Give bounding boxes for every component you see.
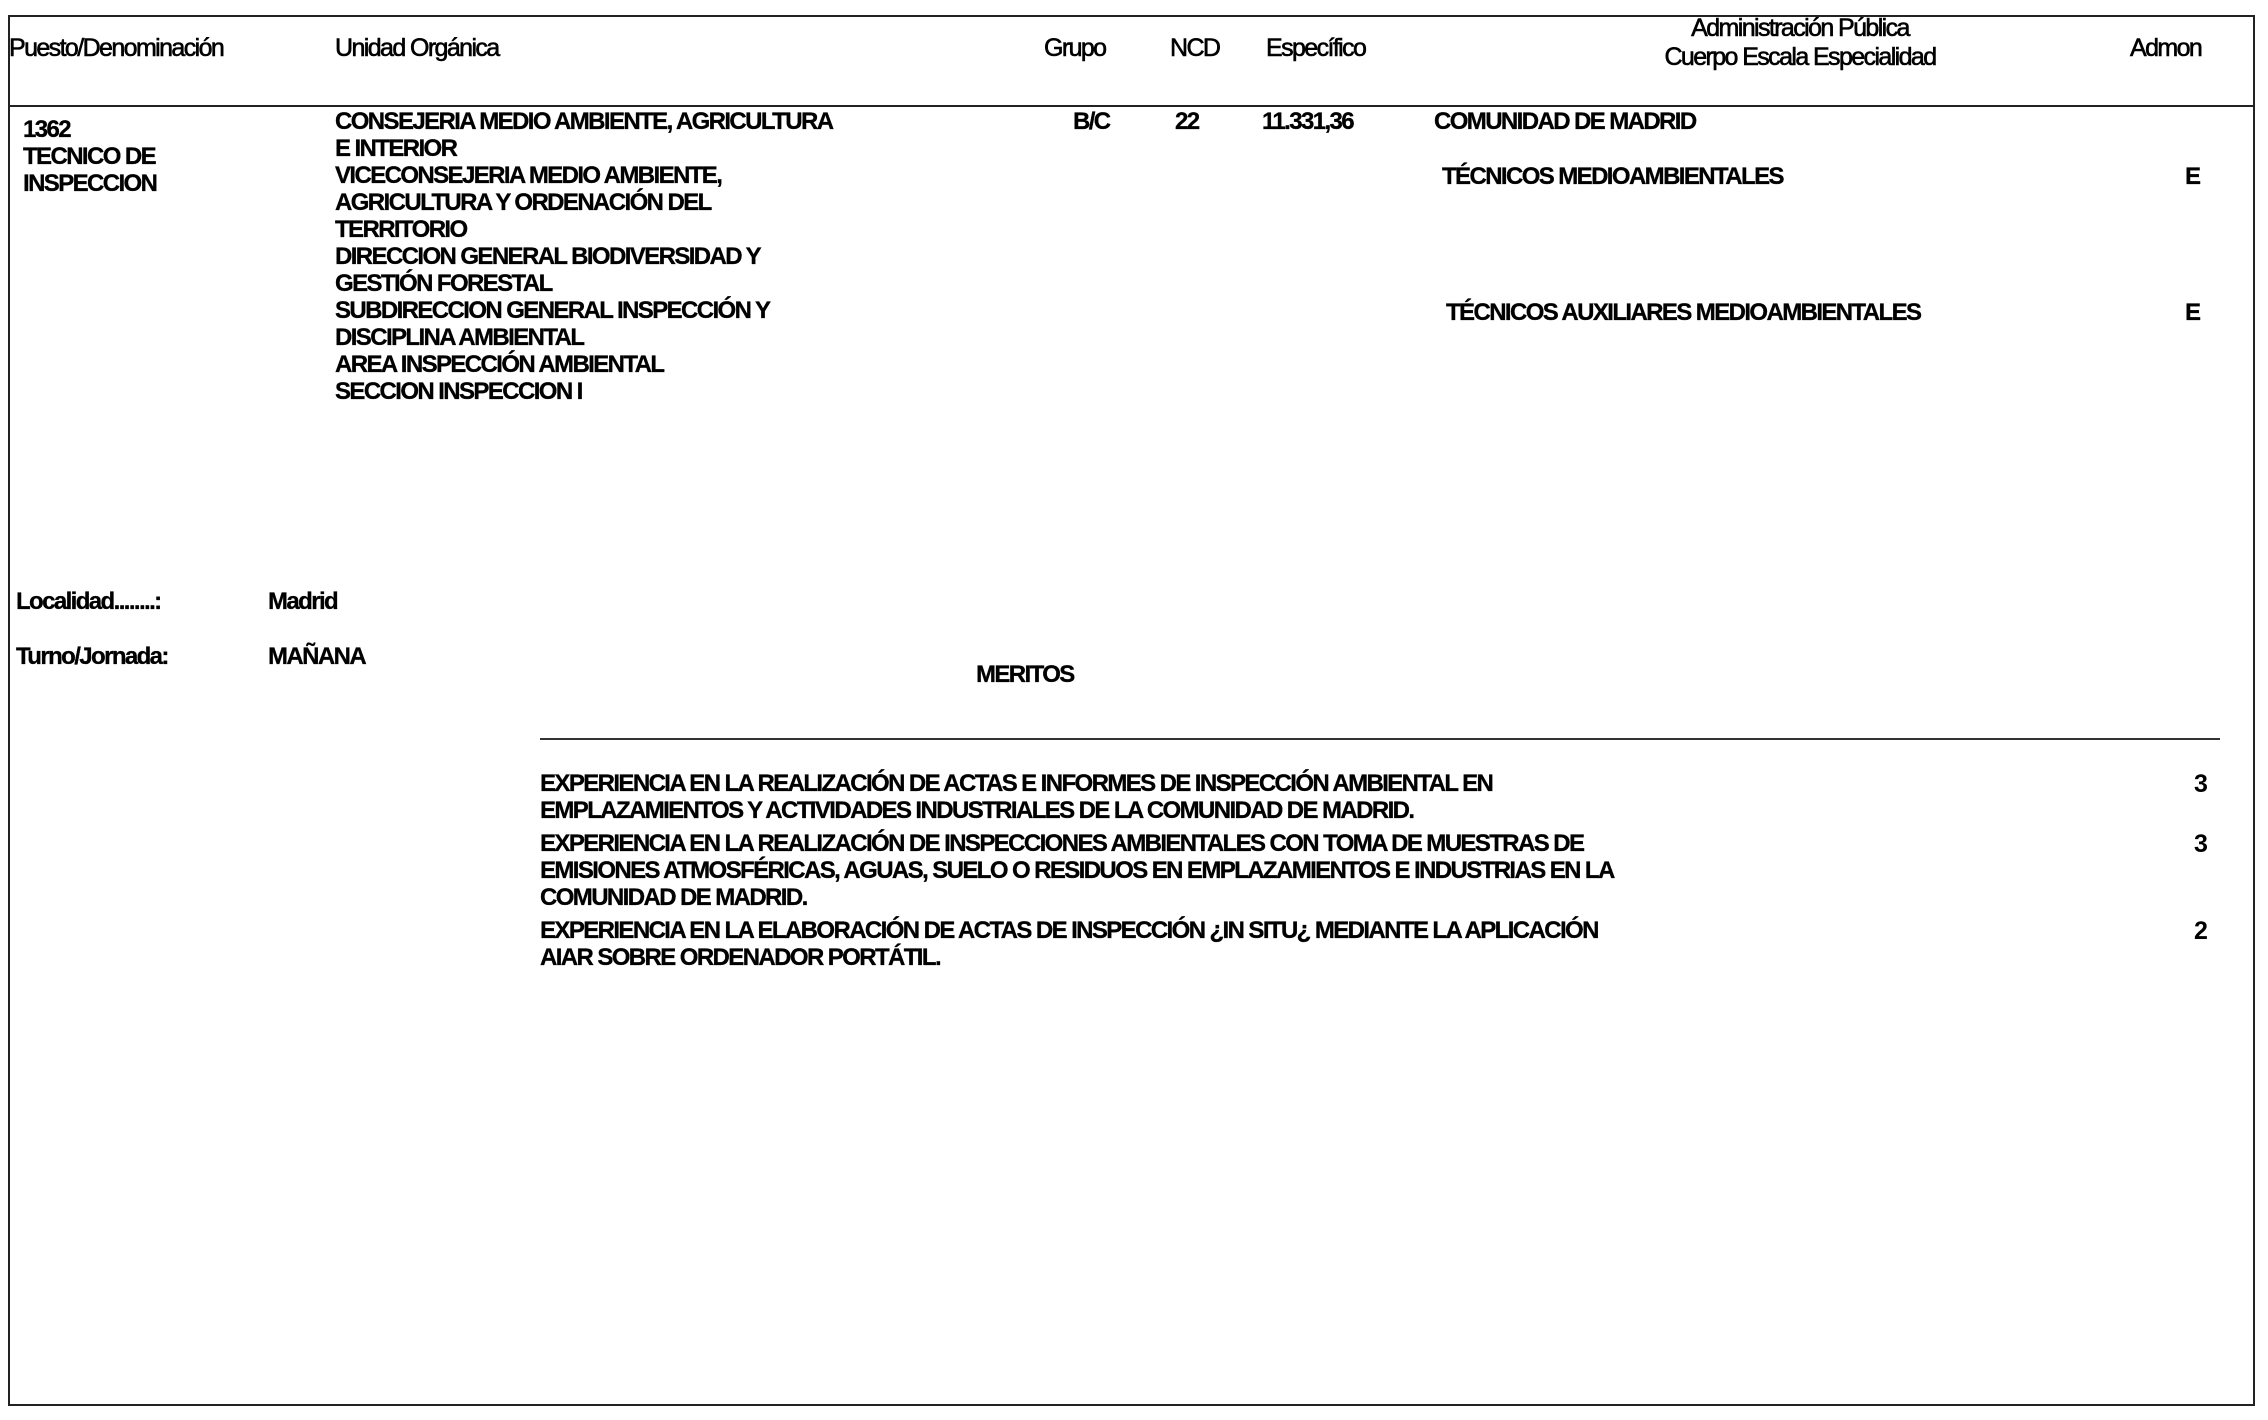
especifico-value: 11.331,36 [1262,108,1353,135]
unidad-line: SUBDIRECCION GENERAL INSPECCIÓN Y [335,297,832,324]
meritos-title: MERITOS [976,661,1074,688]
header-unidad: Unidad Orgánica [335,34,499,63]
merit-points: 3 [2194,770,2208,799]
merit-points: 3 [2194,830,2208,859]
turno-value: MAÑANA [268,643,365,670]
cuerpo-1: TÉCNICOS MEDIOAMBIENTALES [1442,163,1783,190]
puesto-denominacion-1: TECNICO DE [23,143,155,170]
header-grupo: Grupo [1044,34,1105,63]
merit-text: EXPERIENCIA EN LA REALIZACIÓN DE ACTAS E… [540,770,1940,824]
merit-points: 2 [2194,917,2208,946]
merit-item: EXPERIENCIA EN LA REALIZACIÓN DE ACTAS E… [540,770,2240,824]
meritos-divider [540,738,2220,740]
grupo-value: B/C [1073,108,1110,135]
unidad-line: E INTERIOR [335,135,832,162]
unidad-line: SECCION INSPECCION I [335,378,832,405]
unidad-line: DISCIPLINA AMBIENTAL [335,324,832,351]
unidad-line: VICECONSEJERIA MEDIO AMBIENTE, [335,162,832,189]
merit-item: EXPERIENCIA EN LA REALIZACIÓN DE INSPECC… [540,830,2240,911]
header-admin-line2: Cuerpo Escala Especialidad [1500,43,2100,72]
header-puesto: Puesto/Denominación [9,34,223,63]
merit-item: EXPERIENCIA EN LA ELABORACIÓN DE ACTAS D… [540,917,2240,971]
turno-label: Turno/Jornada: [16,643,168,670]
puesto-numero: 1362 [23,116,70,143]
ncd-value: 22 [1175,108,1199,135]
administracion-value: COMUNIDAD DE MADRID [1434,108,1696,135]
unidad-line: DIRECCION GENERAL BIODIVERSIDAD Y [335,243,832,270]
admon-1: E [2185,163,2199,190]
localidad-value: Madrid [268,588,337,615]
puesto-denominacion-2: INSPECCION [23,170,156,197]
cuerpo-2: TÉCNICOS AUXILIARES MEDIOAMBIENTALES [1446,299,1920,326]
unidad-line: GESTIÓN FORESTAL [335,270,832,297]
unidad-organica: CONSEJERIA MEDIO AMBIENTE, AGRICULTURA E… [335,108,832,405]
header-admon: Admon [2130,34,2201,63]
unidad-line: CONSEJERIA MEDIO AMBIENTE, AGRICULTURA [335,108,832,135]
header-ncd: NCD [1170,34,1219,63]
meritos-list: EXPERIENCIA EN LA REALIZACIÓN DE ACTAS E… [540,770,2240,977]
header-admin-line1: Administración Pública [1500,14,2100,43]
header-especifico: Específico [1266,34,1365,63]
unidad-line: TERRITORIO [335,216,832,243]
unidad-line: AREA INSPECCIÓN AMBIENTAL [335,351,832,378]
unidad-line: AGRICULTURA Y ORDENACIÓN DEL [335,189,832,216]
merit-text: EXPERIENCIA EN LA ELABORACIÓN DE ACTAS D… [540,917,1940,971]
merit-text: EXPERIENCIA EN LA REALIZACIÓN DE INSPECC… [540,830,1940,911]
header-divider [8,105,2255,107]
localidad-label: Localidad........: [16,588,161,615]
admon-2: E [2185,299,2199,326]
